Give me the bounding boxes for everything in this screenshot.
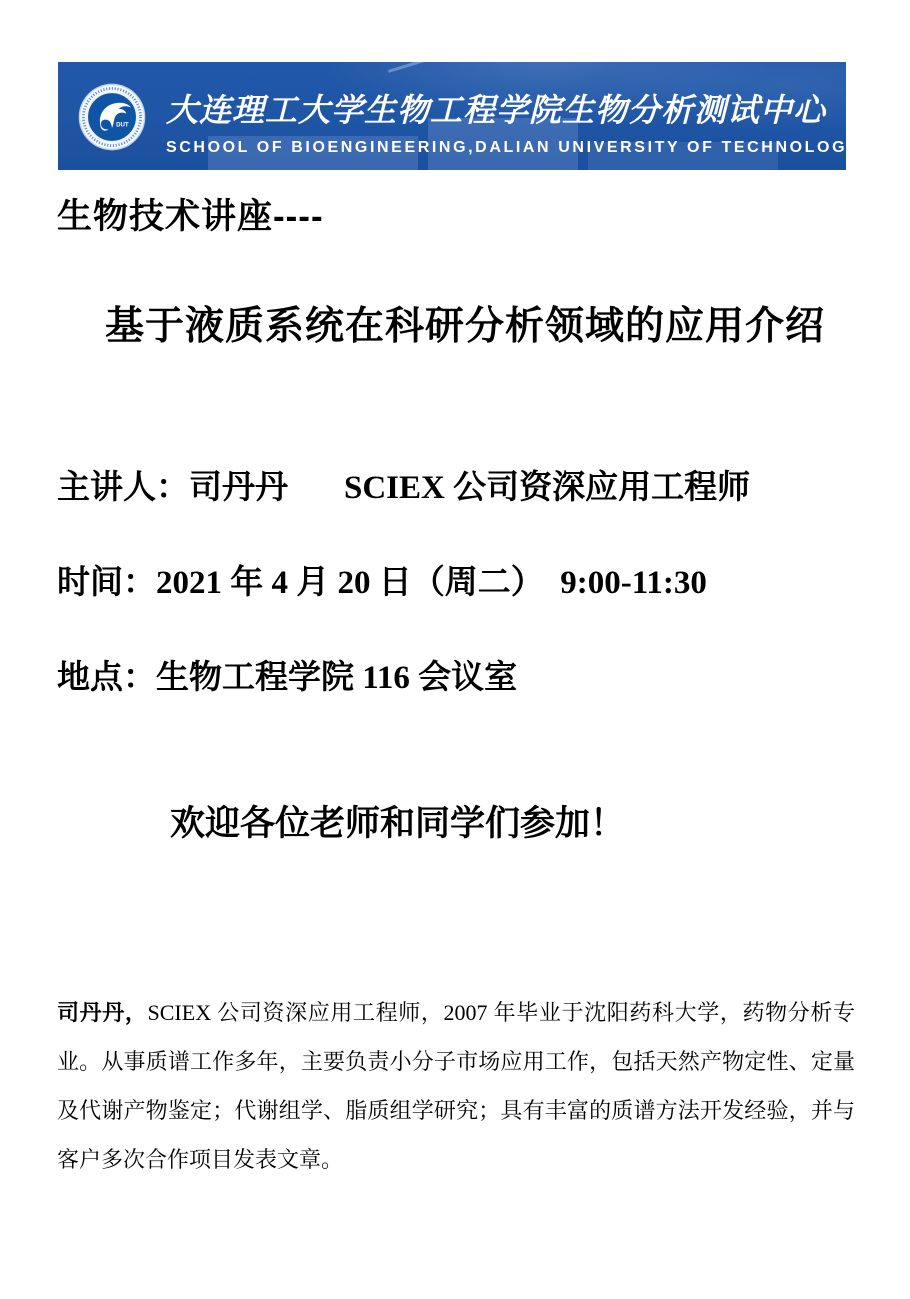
location-line: 地点：生物工程学院 116 会议室	[57, 656, 517, 700]
speaker-bio-paragraph: 司丹丹，SCIEX 公司资深应用工程师，2007 年毕业于沈阳药科大学，药物分析…	[57, 988, 855, 1184]
bio-text: SCIEX 公司资深应用工程师，2007 年毕业于沈阳药科大学，药物分析专业。从…	[57, 1000, 855, 1172]
building-roofline	[388, 62, 580, 73]
time-line: 时间：2021 年 4 月 20 日（周二） 9:00-11:30	[57, 561, 707, 605]
bio-speaker-name: 司丹丹，	[57, 1000, 148, 1025]
speaker-label: 主讲人：	[57, 470, 189, 506]
logo-dut-text: DUT	[116, 122, 129, 129]
banner-subtitle-english: SCHOOL OF BIOENGINEERING,DALIAN UNIVERSI…	[166, 138, 836, 158]
time-label: 时间：	[57, 565, 156, 601]
speaker-affiliation: SCIEX 公司资深应用工程师	[344, 470, 750, 506]
lecture-series-heading: 生物技术讲座----	[57, 196, 324, 238]
banner-text-block: 大连理工大学生物工程学院生物分析测试中心 SCHOOL OF BIOENGINE…	[166, 88, 836, 158]
time-value: 2021 年 4 月 20 日（周二） 9:00-11:30	[156, 565, 707, 601]
location-value: 生物工程学院 116 会议室	[156, 660, 517, 696]
announcement-document: DUT 大连理工大学生物工程学院生物分析测试中心 SCHOOL OF BIOEN…	[0, 0, 910, 1299]
university-banner: DUT 大连理工大学生物工程学院生物分析测试中心 SCHOOL OF BIOEN…	[58, 62, 846, 170]
lecture-title: 基于液质系统在科研分析领域的应用介绍	[105, 301, 825, 353]
location-label: 地点：	[57, 660, 156, 696]
dut-university-logo-icon: DUT	[78, 83, 146, 151]
banner-title-chinese: 大连理工大学生物工程学院生物分析测试中心	[166, 88, 836, 132]
welcome-message: 欢迎各位老师和同学们参加！	[170, 801, 625, 847]
speaker-name: 司丹丹	[189, 470, 288, 506]
speaker-line: 主讲人：司丹丹SCIEX 公司资深应用工程师	[57, 466, 750, 510]
